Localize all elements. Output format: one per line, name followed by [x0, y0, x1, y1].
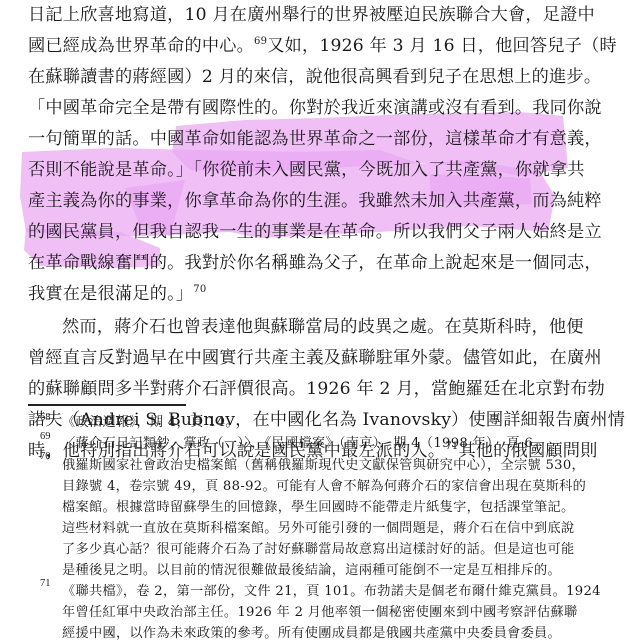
body-line: 在蘇聯讀書的蔣經國）2 月的來信，說他很高興看到兒子在思想上的進步。 — [28, 66, 601, 88]
footnote-70-text: 俄羅斯國家社會政治史檔案館（舊稱俄羅斯現代史文獻保管與研究中心），全宗號 530… — [62, 457, 585, 475]
body-line: 國已經成為世界革命的中心。69又如，1926 年 3 月 16 日，他回答兒子（… — [28, 35, 617, 57]
footnote-ref-69[interactable]: 69 — [254, 36, 267, 47]
line-text: 又如，1926 年 3 月 16 日，他回答兒子（時 — [267, 36, 617, 56]
line-text: 的蘇聯顧問多半對蔣介石評價很高。1926 年 2 月，當鮑羅廷在北京對布勃 — [28, 379, 605, 399]
footnote-70-text: 是種後見之明。以目前的情況很難做最後結論，這兩種可能倒不一定是互相排斥的。 — [62, 562, 561, 580]
footnote-70-text: 這些材料就一直放在莫斯科檔案館。另外可能引發的一個問題是，蔣介石在信中到底說 — [62, 520, 575, 538]
footnote-separator — [28, 404, 186, 406]
line-text: 然而，蔣介石也曾表達他與蘇聯當局的歧異之處。在莫斯科時，他便 — [62, 317, 584, 337]
footnote-number: 69 — [40, 431, 51, 442]
line-text: 日記上欣喜地寫道，10 月在廣州舉行的世界被壓迫民族聯合大會，足證中 — [28, 5, 595, 25]
footnote-70-text: 檔案館。根據當時留蘇學生的回憶錄，學生回國時不能帶走片紙隻字，包括課堂筆記。 — [62, 499, 575, 517]
body-line: 產主義為你的事業，你拿革命為你的生涯。我雖然未加入共產黨，而為純粹 — [28, 190, 602, 212]
footnote-number: 68 — [40, 412, 51, 423]
footnote-69-text: 〈蔣介石日記類鈔，黨政（一）〉，《民國檔案》（南京），期 4（1998 年），頁… — [62, 435, 547, 453]
scanned-book-page: 日記上欣喜地寫道，10 月在廣州舉行的世界被壓迫民族聯合大會，足證中 國已經成為… — [0, 0, 626, 640]
footnote-71-text: 年曾任紅軍中央政治部主任。1926 年 2 月他率領一個秘密使團來到中國考察評估… — [62, 604, 578, 622]
line-text: 在蘇聯讀書的蔣經國）2 月的來信，說他很高興看到兒子在思想上的進步。 — [28, 67, 601, 87]
footnote-68-text: 《政治週報》，期 4，頁 14。 — [62, 414, 239, 432]
body-line: 曾經直言反對過早在中國實行共產主義及蘇聯駐軍外蒙。儘管如此，在廣州 — [28, 347, 602, 369]
line-text: 的國民黨員，但我自認我一生的事業是在革命。所以我們父子兩人始終是立 — [28, 222, 602, 242]
line-text: 國已經成為世界革命的中心。 — [28, 36, 254, 56]
body-line: 「中國革命完全是帶有國際性的。你對於我近來演講或沒有看到。我同你說 — [28, 97, 602, 119]
body-line: 然而，蔣介石也曾表達他與蘇聯當局的歧異之處。在莫斯科時，他便 — [62, 316, 584, 338]
body-line: 的國民黨員，但我自認我一生的事業是在革命。所以我們父子兩人始終是立 — [28, 221, 602, 243]
footnote-number: 71 — [40, 578, 51, 589]
line-text: 產主義為你的事業，你拿革命為你的生涯。我雖然未加入共產黨，而為純粹 — [28, 191, 602, 211]
body-line: 我實在是很滿足的。」70 — [28, 283, 206, 305]
footnote-70-text: 目錄號 4，卷宗號 49，頁 88-92。可能有人會不解為何蔣介石的家信會出現在… — [62, 478, 586, 496]
body-line: 日記上欣喜地寫道，10 月在廣州舉行的世界被壓迫民族聯合大會，足證中 — [28, 4, 595, 26]
footnote-71-text: 《聯共檔》，卷 2，第一部份，文件 21，頁 101。布勃諾夫是個老布爾什維克黨… — [62, 583, 601, 601]
footnote-number: 70 — [40, 451, 51, 462]
body-line: 一句簡單的話。中國革命如能認為世界革命之一部份，這樣革命才有意義， — [28, 128, 602, 150]
line-text: 一句簡單的話。中國革命如能認為世界革命之一部份，這樣革命才有意義， — [28, 129, 602, 149]
body-line: 否則不能說是革命。」「你從前未入國民黨，今既加入了共產黨，你就拿共 — [28, 159, 585, 181]
footnote-ref-70[interactable]: 70 — [193, 284, 206, 295]
line-text: 「中國革命完全是帶有國際性的。你對於我近來演講或沒有看到。我同你說 — [28, 98, 602, 118]
line-text: 在革命戰線奮鬥的。我對於你名稱雖為父子，在革命上說起來是一個同志， — [28, 253, 602, 273]
footnote-71-text: 經援中國，以作為未來政策的參考。所有使團成員都是俄國共產黨中央委員會委員。 — [62, 625, 561, 640]
line-text: 我實在是很滿足的。」 — [28, 284, 193, 304]
footnote-70-text: 了多少真心話？很可能蔣介石為了討好蘇聯當局故意寫出這樣討好的話。但是這也可能 — [62, 541, 575, 559]
line-text: 否則不能說是革命。」「你從前未入國民黨，今既加入了共產黨，你就拿共 — [28, 160, 585, 180]
body-line: 的蘇聯顧問多半對蔣介石評價很高。1926 年 2 月，當鮑羅廷在北京對布勃 — [28, 378, 605, 400]
line-text: 曾經直言反對過早在中國實行共產主義及蘇聯駐軍外蒙。儘管如此，在廣州 — [28, 348, 602, 368]
body-line: 在革命戰線奮鬥的。我對於你名稱雖為父子，在革命上說起來是一個同志， — [28, 252, 602, 274]
